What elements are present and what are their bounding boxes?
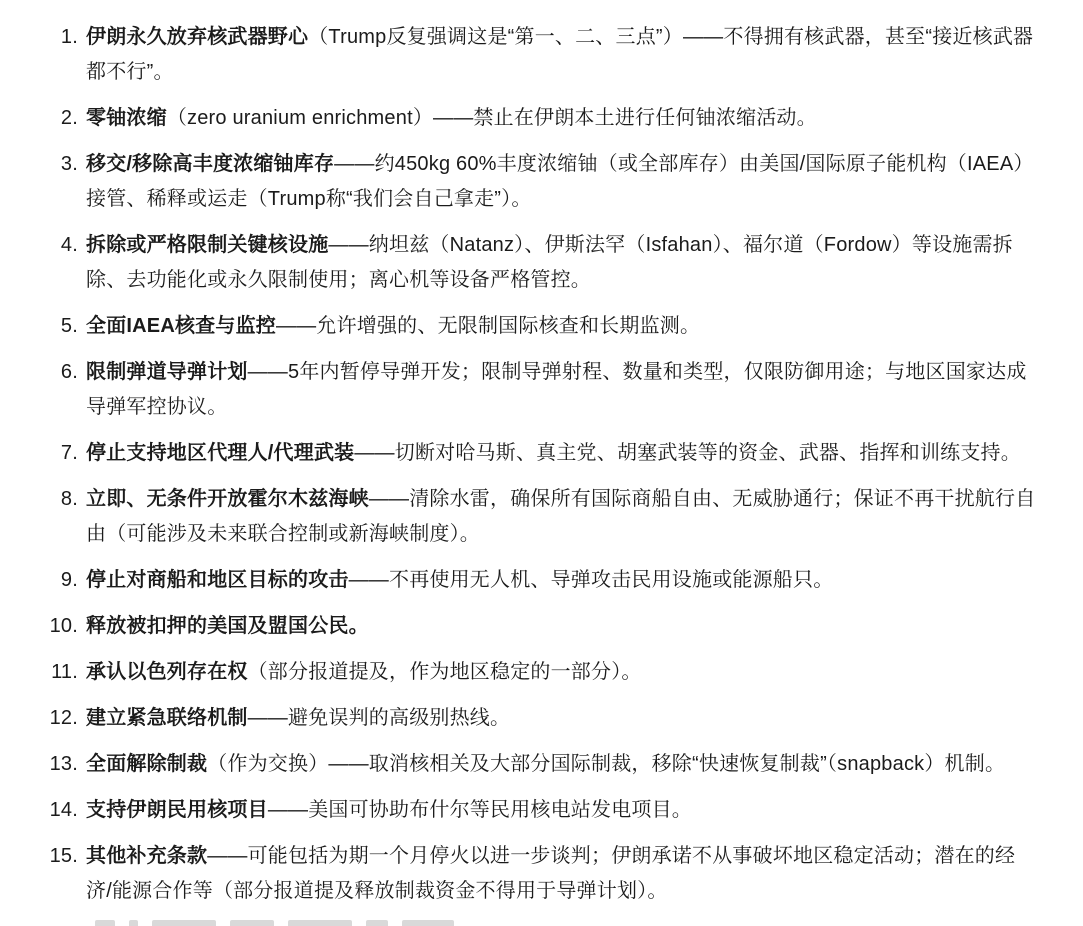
item-body: ——可能包括为期一个月停火以进一步谈判；伊朗承诺不从事破坏地区稳定活动；潜在的经… — [86, 845, 1015, 902]
list-item: 1. 伊朗永久放弃核武器野心（Trump反复强调这是“第一、二、三点”）——不得… — [42, 20, 1037, 90]
list-item: 6. 限制弹道导弹计划——5年内暂停导弹开发；限制导弹射程、数量和类型，仅限防御… — [42, 355, 1037, 425]
list-item: 10. 释放被扣押的美国及盟国公民。 — [42, 609, 1037, 644]
item-number: 14. — [42, 793, 78, 828]
item-number: 3. — [42, 147, 78, 217]
glyph-fragment — [95, 920, 115, 926]
item-text: 停止支持地区代理人/代理武装——切断对哈马斯、真主党、胡塞武装等的资金、武器、指… — [86, 436, 1037, 471]
item-title: 释放被扣押的美国及盟国公民。 — [86, 615, 369, 637]
item-text: 支持伊朗民用核项目——美国可协助布什尔等民用核电站发电项目。 — [86, 793, 1037, 828]
document-page: 1. 伊朗永久放弃核武器野心（Trump反复强调这是“第一、二、三点”）——不得… — [0, 0, 1083, 926]
item-number: 9. — [42, 563, 78, 598]
list-item: 13. 全面解除制裁（作为交换）——取消核相关及大部分国际制裁，移除“快速恢复制… — [42, 747, 1037, 782]
item-text: 伊朗永久放弃核武器野心（Trump反复强调这是“第一、二、三点”）——不得拥有核… — [86, 20, 1037, 90]
clipped-next-line-fragment — [95, 920, 454, 926]
item-text: 全面IAEA核查与监控——允许增强的、无限制国际核查和长期监测。 — [86, 309, 1037, 344]
item-body: ——避免误判的高级别热线。 — [248, 707, 511, 729]
item-title: 伊朗永久放弃核武器野心 — [86, 26, 308, 48]
item-title: 建立紧急联络机制 — [86, 707, 248, 729]
item-text: 零铀浓缩（zero uranium enrichment）——禁止在伊朗本土进行… — [86, 101, 1037, 136]
item-text: 拆除或严格限制关键核设施——纳坦兹（Natanz）、伊斯法罕（Isfahan）、… — [86, 228, 1037, 298]
item-title: 承认以色列存在权 — [86, 661, 248, 683]
list-item: 2. 零铀浓缩（zero uranium enrichment）——禁止在伊朗本… — [42, 101, 1037, 136]
item-title: 拆除或严格限制关键核设施 — [86, 234, 328, 256]
item-body: （作为交换）——取消核相关及大部分国际制裁，移除“快速恢复制裁”（snapbac… — [207, 753, 1005, 775]
item-number: 12. — [42, 701, 78, 736]
item-number: 10. — [42, 609, 78, 644]
item-number: 7. — [42, 436, 78, 471]
list-item: 5. 全面IAEA核查与监控——允许增强的、无限制国际核查和长期监测。 — [42, 309, 1037, 344]
item-body: ——允许增强的、无限制国际核查和长期监测。 — [276, 315, 700, 337]
list-item: 8. 立即、无条件开放霍尔木兹海峡——清除水雷，确保所有国际商船自由、无威胁通行… — [42, 482, 1037, 552]
item-number: 5. — [42, 309, 78, 344]
item-text: 限制弹道导弹计划——5年内暂停导弹开发；限制导弹射程、数量和类型，仅限防御用途；… — [86, 355, 1037, 425]
list-item: 12. 建立紧急联络机制——避免误判的高级别热线。 — [42, 701, 1037, 736]
item-body: ——美国可协助布什尔等民用核电站发电项目。 — [268, 799, 692, 821]
item-text: 释放被扣押的美国及盟国公民。 — [86, 609, 1037, 644]
list-item: 4. 拆除或严格限制关键核设施——纳坦兹（Natanz）、伊斯法罕（Isfaha… — [42, 228, 1037, 298]
glyph-fragment — [152, 920, 216, 926]
item-number: 11. — [42, 655, 78, 690]
item-body: ——切断对哈马斯、真主党、胡塞武装等的资金、武器、指挥和训练支持。 — [354, 442, 1021, 464]
item-title: 移交/移除高丰度浓缩铀库存 — [86, 153, 334, 175]
item-title: 其他补充条款 — [86, 845, 207, 867]
glyph-fragment — [129, 920, 138, 926]
item-text: 其他补充条款——可能包括为期一个月停火以进一步谈判；伊朗承诺不从事破坏地区稳定活… — [86, 839, 1037, 909]
glyph-fragment — [402, 920, 454, 926]
item-title: 限制弹道导弹计划 — [86, 361, 248, 383]
list-item: 14. 支持伊朗民用核项目——美国可协助布什尔等民用核电站发电项目。 — [42, 793, 1037, 828]
glyph-fragment — [288, 920, 352, 926]
item-body: （zero uranium enrichment）——禁止在伊朗本土进行任何铀浓… — [167, 107, 817, 129]
item-title: 停止对商船和地区目标的攻击 — [86, 569, 349, 591]
item-number: 13. — [42, 747, 78, 782]
item-text: 承认以色列存在权（部分报道提及，作为地区稳定的一部分）。 — [86, 655, 1037, 690]
numbered-list: 1. 伊朗永久放弃核武器野心（Trump反复强调这是“第一、二、三点”）——不得… — [0, 0, 1083, 909]
item-title: 全面解除制裁 — [86, 753, 207, 775]
item-title: 停止支持地区代理人/代理武装 — [86, 442, 354, 464]
list-item: 11. 承认以色列存在权（部分报道提及，作为地区稳定的一部分）。 — [42, 655, 1037, 690]
item-number: 4. — [42, 228, 78, 298]
item-title: 支持伊朗民用核项目 — [86, 799, 268, 821]
item-text: 全面解除制裁（作为交换）——取消核相关及大部分国际制裁，移除“快速恢复制裁”（s… — [86, 747, 1037, 782]
item-title: 零铀浓缩 — [86, 107, 167, 129]
list-item: 7. 停止支持地区代理人/代理武装——切断对哈马斯、真主党、胡塞武装等的资金、武… — [42, 436, 1037, 471]
list-item: 15. 其他补充条款——可能包括为期一个月停火以进一步谈判；伊朗承诺不从事破坏地… — [42, 839, 1037, 909]
item-text: 立即、无条件开放霍尔木兹海峡——清除水雷，确保所有国际商船自由、无威胁通行；保证… — [86, 482, 1037, 552]
item-title: 立即、无条件开放霍尔木兹海峡 — [86, 488, 369, 510]
glyph-fragment — [230, 920, 274, 926]
item-number: 15. — [42, 839, 78, 909]
item-title: 全面IAEA核查与监控 — [86, 315, 276, 337]
item-number: 8. — [42, 482, 78, 552]
item-number: 6. — [42, 355, 78, 425]
item-number: 2. — [42, 101, 78, 136]
item-number: 1. — [42, 20, 78, 90]
item-text: 移交/移除高丰度浓缩铀库存——约450kg 60%丰度浓缩铀（或全部库存）由美国… — [86, 147, 1037, 217]
item-text: 建立紧急联络机制——避免误判的高级别热线。 — [86, 701, 1037, 736]
item-body: ——不再使用无人机、导弹攻击民用设施或能源船只。 — [349, 569, 834, 591]
item-text: 停止对商船和地区目标的攻击——不再使用无人机、导弹攻击民用设施或能源船只。 — [86, 563, 1037, 598]
list-item: 3. 移交/移除高丰度浓缩铀库存——约450kg 60%丰度浓缩铀（或全部库存）… — [42, 147, 1037, 217]
item-body: （部分报道提及，作为地区稳定的一部分）。 — [248, 661, 642, 683]
list-item: 9. 停止对商船和地区目标的攻击——不再使用无人机、导弹攻击民用设施或能源船只。 — [42, 563, 1037, 598]
glyph-fragment — [366, 920, 388, 926]
